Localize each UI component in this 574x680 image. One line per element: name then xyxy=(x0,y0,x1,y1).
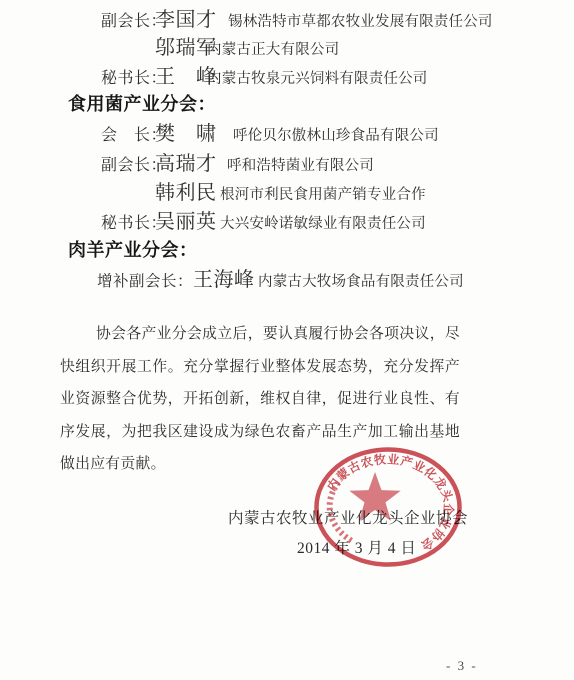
roster-row: 邬瑞军 内蒙古正大有限公司 xyxy=(0,38,574,64)
roster-row: 副会长： 高瑞才 呼和浩特菌业有限公司 xyxy=(0,154,574,180)
company-name: 呼和浩特菌业有限公司 xyxy=(227,159,374,174)
company-name: 锡林浩特市草都农牧业发展有限责任公司 xyxy=(228,15,493,30)
company-name: 呼伦贝尔傲林山珍食品有限公司 xyxy=(233,129,439,144)
company-name: 大兴安岭诺敏绿业有限责任公司 xyxy=(220,217,426,232)
person-name: 王海峰 xyxy=(193,270,255,290)
official-red-seal: 内蒙古农牧业产业化龙头企业协会 xyxy=(310,444,466,570)
company-name: 根河市利民食用菌产销专业合作 xyxy=(220,188,426,203)
seal-ring xyxy=(317,450,460,565)
roster-row: 会 长： 樊 啸 呼伦贝尔傲林山珍食品有限公司 xyxy=(0,124,574,150)
company-name: 内蒙古大牧场食品有限责任公司 xyxy=(258,275,464,290)
section-heading-edible-fungus: 食用菌产业分会： xyxy=(68,95,468,113)
company-name: 内蒙古正大有限公司 xyxy=(207,43,339,58)
roster-row: 韩利民 根河市利民食用菌产销专业合作 xyxy=(0,183,574,209)
seal-star-icon xyxy=(349,472,400,521)
scanned-document-page: 副会长： 李国才 锡林浩特市草都农牧业发展有限责任公司 邬瑞军 内蒙古正大有限公… xyxy=(0,0,574,680)
role-label: 增补副会长： xyxy=(97,274,193,290)
roster-row: 秘书长： 王 峰 内蒙古牧泉元兴饲料有限责任公司 xyxy=(0,67,574,93)
company-name: 内蒙古牧泉元兴饲料有限责任公司 xyxy=(207,72,428,87)
roster-row: 秘书长： 吴丽英 大兴安岭诺敏绿业有限责任公司 xyxy=(0,212,574,238)
page-number: - 3 - xyxy=(446,658,478,674)
person-name: 高瑞才 xyxy=(155,154,217,174)
section-heading-mutton-sheep: 肉羊产业分会： xyxy=(68,241,468,259)
roster-row: 增补副会长： 王海峰 内蒙古大牧场食品有限责任公司 xyxy=(0,270,574,296)
person-name: 李国才 xyxy=(155,10,217,30)
person-name: 韩利民 xyxy=(155,183,217,203)
roster-row: 副会长： 李国才 锡林浩特市草都农牧业发展有限责任公司 xyxy=(0,10,574,36)
person-name: 吴丽英 xyxy=(155,212,217,232)
person-name: 樊 啸 xyxy=(155,124,217,144)
